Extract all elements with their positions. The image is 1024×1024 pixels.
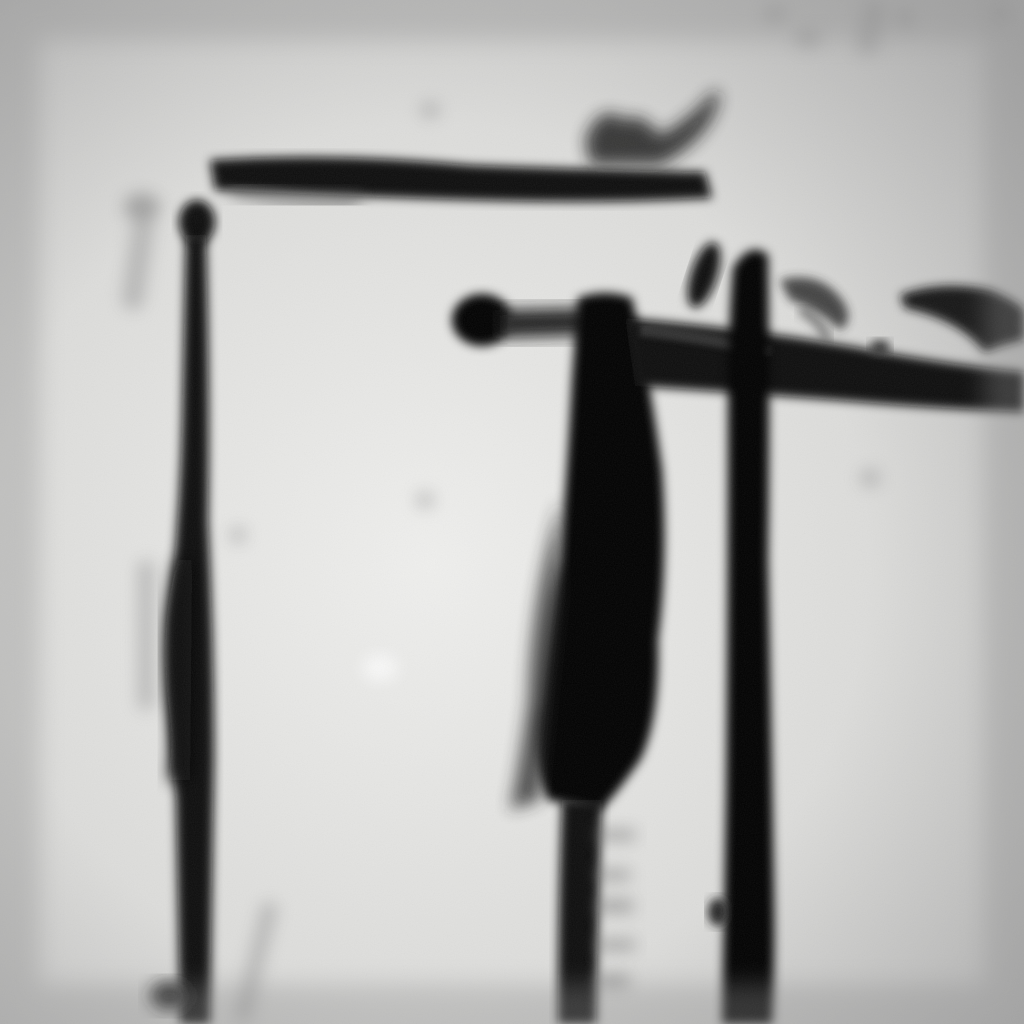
film-grain xyxy=(0,0,1024,1024)
photo-canvas xyxy=(0,0,1024,1024)
abstract-ink-photograph: Blurred monochrome photograph of thick b… xyxy=(0,0,1024,1024)
